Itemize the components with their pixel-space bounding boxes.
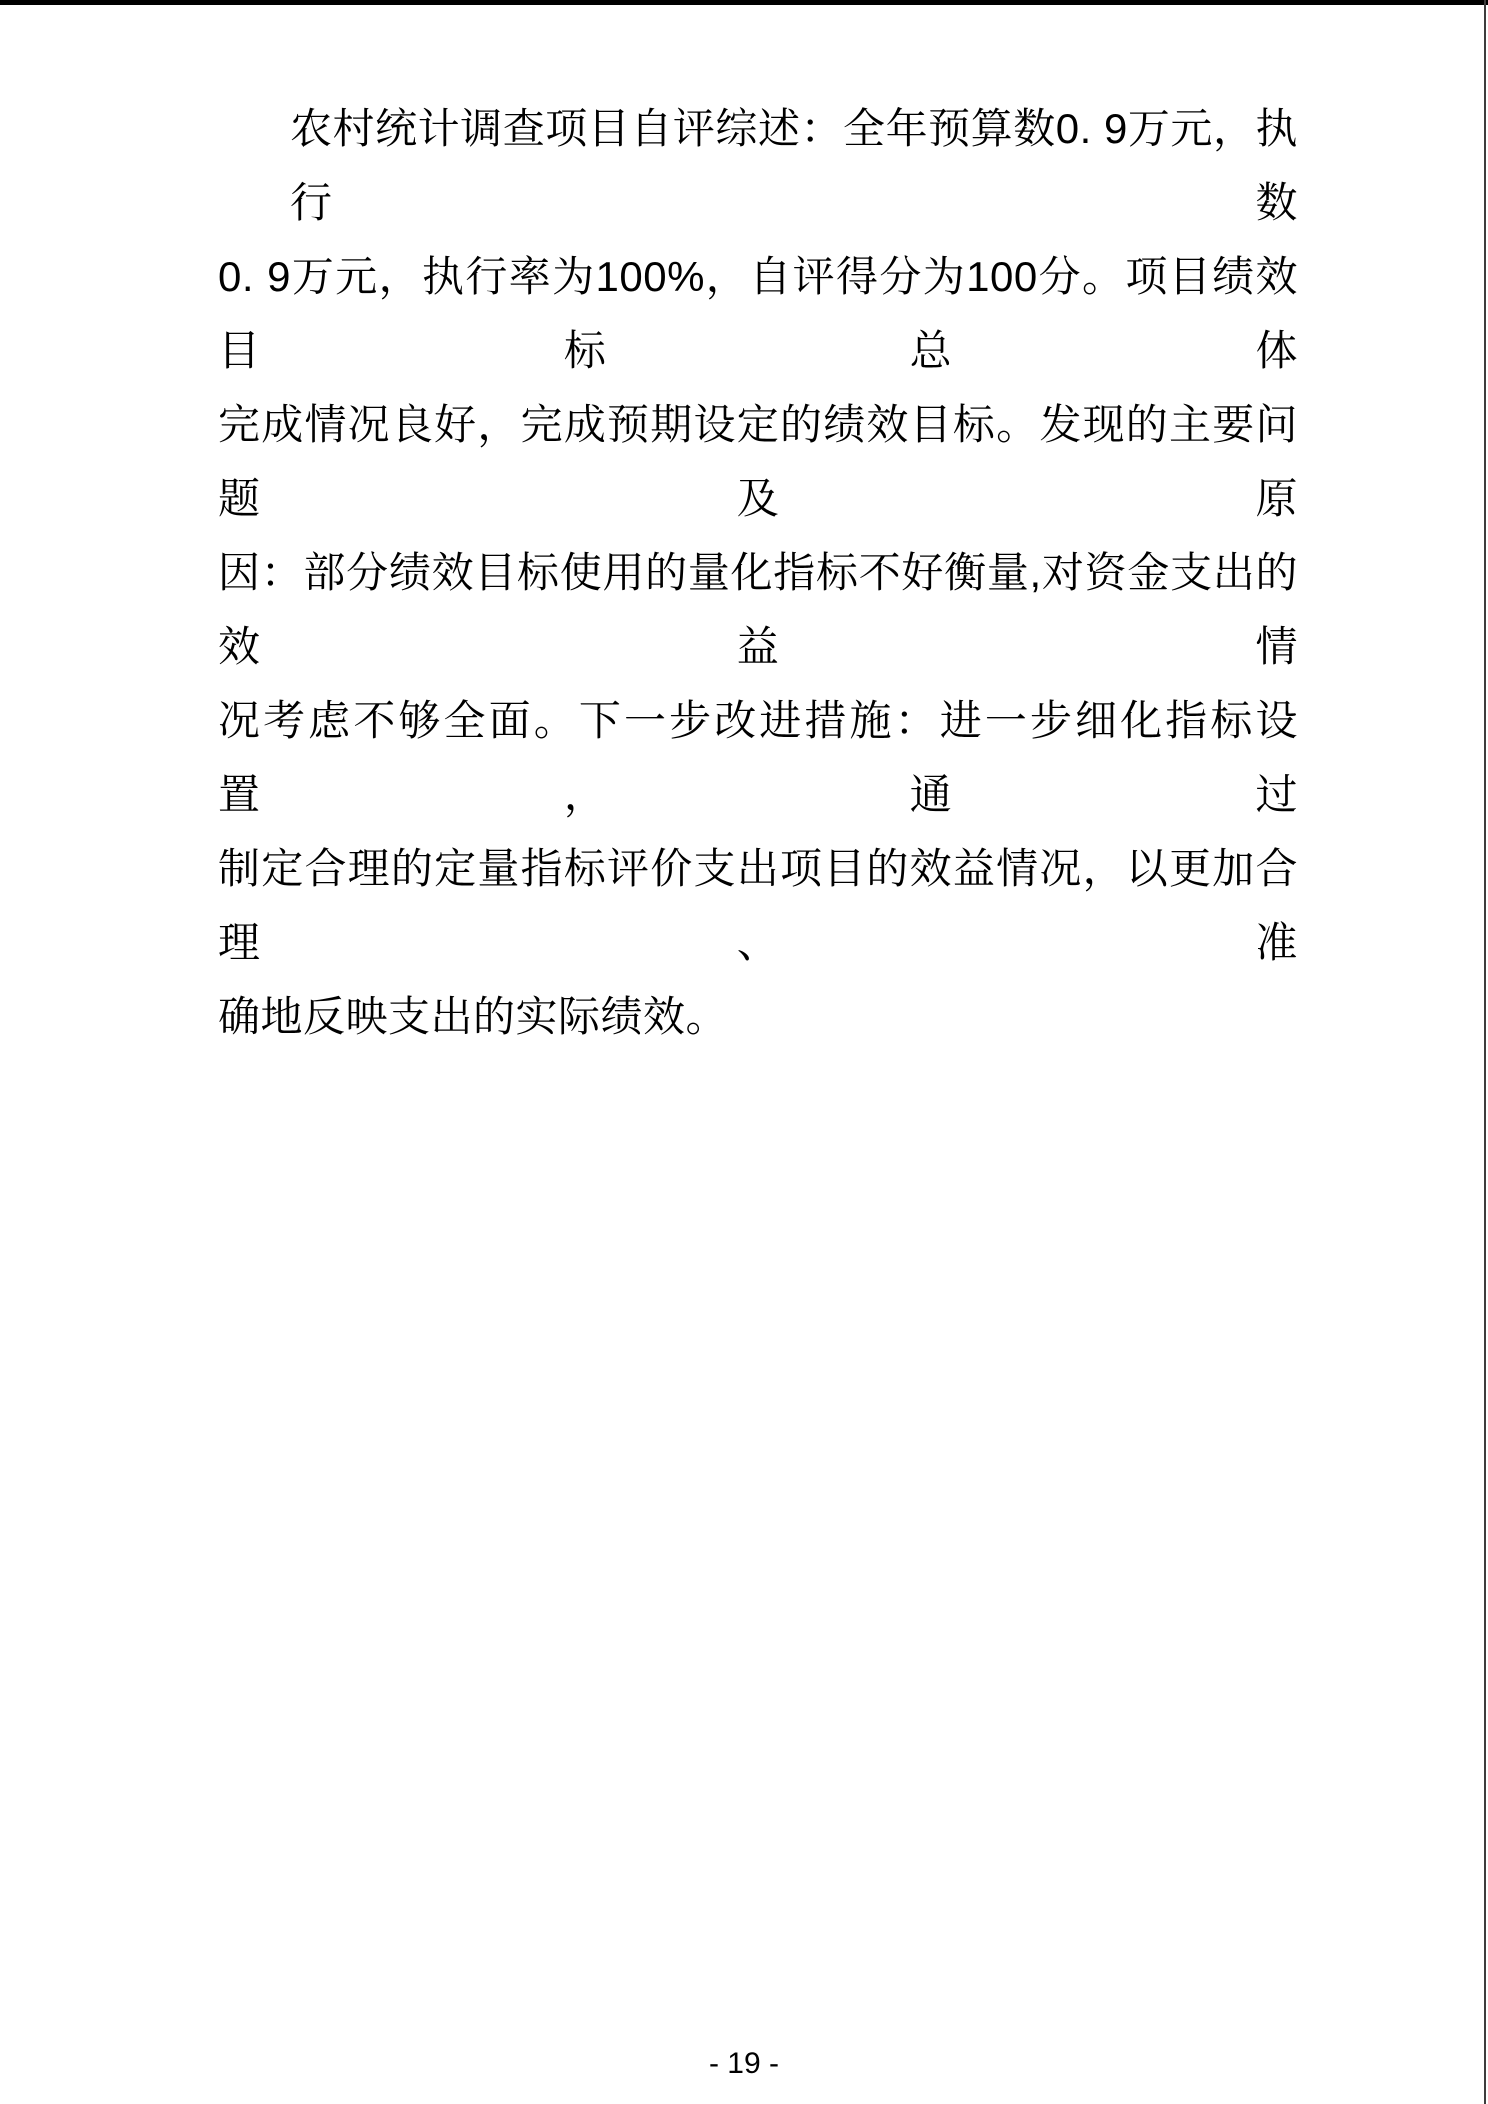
paragraph-line: 确地反映支出的实际绩效。 [218, 980, 1298, 1054]
right-edge-rule [1484, 0, 1486, 2104]
document-page: 农村统计调查项目自评综述：全年预算数0. 9万元，执行数 0. 9万元，执行率为… [0, 0, 1488, 2104]
paragraph-line: 制定合理的定量指标评价支出项目的效益情况，以更加合理、准 [218, 832, 1298, 980]
top-border-bar [0, 0, 1488, 5]
paragraph-line: 因：部分绩效目标使用的量化指标不好衡量,对资金支出的效益情 [218, 536, 1298, 684]
body-paragraph: 农村统计调查项目自评综述：全年预算数0. 9万元，执行数 0. 9万元，执行率为… [218, 92, 1298, 1054]
paragraph-line: 农村统计调查项目自评综述：全年预算数0. 9万元，执行数 [218, 92, 1298, 240]
page-number: - 19 - [0, 2046, 1488, 2082]
paragraph-line: 0. 9万元，执行率为100%，自评得分为100分。项目绩效目标总体 [218, 240, 1298, 388]
paragraph-line: 完成情况良好，完成预期设定的绩效目标。发现的主要问题及原 [218, 388, 1298, 536]
paragraph-line: 况考虑不够全面。下一步改进措施：进一步细化指标设置，通过 [218, 684, 1298, 832]
